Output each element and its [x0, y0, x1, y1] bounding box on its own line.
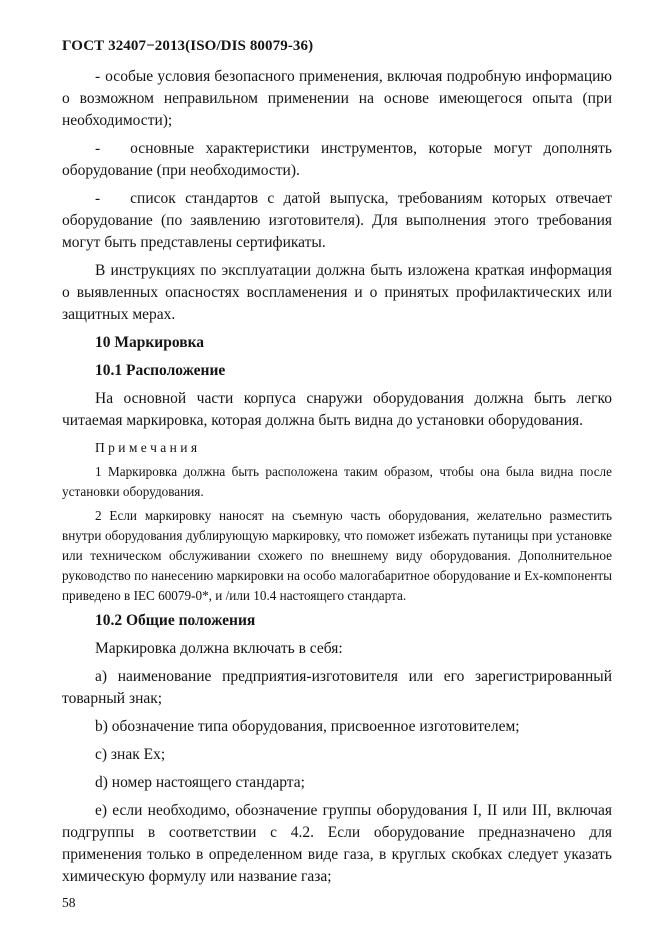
- paragraph-instructions: В инструкциях по эксплуатации должна быт…: [62, 260, 612, 326]
- heading-10: 10 Маркировка: [62, 332, 612, 354]
- notes-label: П р и м е ч а н и я: [62, 438, 612, 458]
- paragraph-10-1: На основной части корпуса снаружи оборуд…: [62, 388, 612, 432]
- list-item-text: список стандартов с датой выпуска, требо…: [62, 190, 612, 251]
- list-item-text: основные характеристики инструментов, ко…: [62, 140, 612, 179]
- dash-marker: -: [95, 140, 100, 157]
- dash-list-item: -список стандартов с датой выпуска, треб…: [62, 188, 612, 254]
- heading-10-2: 10.2 Общие положения: [62, 610, 612, 632]
- dash-list-item: -основные характеристики инструментов, к…: [62, 138, 612, 182]
- note-2: 2 Если маркировку наносят на съемную час…: [62, 506, 612, 606]
- dash-list-item: -особые условия безопасного применения, …: [62, 66, 612, 132]
- list-item-a: a) наименование предприятия-изготовителя…: [62, 666, 612, 710]
- note-1: 1 Маркировка должна быть расположена так…: [62, 462, 612, 502]
- page-number: 58: [62, 894, 612, 912]
- page-header: ГОСТ 32407−2013(ISO/DIS 80079-36): [62, 36, 612, 56]
- dash-marker: -: [95, 190, 100, 207]
- list-item-c: c) знак Ex;: [62, 744, 612, 766]
- list-item-e: e) если необходимо, обозначение группы о…: [62, 800, 612, 888]
- paragraph-10-2-intro: Маркировка должна включать в себя:: [62, 638, 612, 660]
- list-item-b: b) обозначение типа оборудования, присво…: [62, 716, 612, 738]
- list-item-d: d) номер настоящего стандарта;: [62, 772, 612, 794]
- dash-marker: -: [95, 68, 100, 85]
- heading-10-1: 10.1 Расположение: [62, 360, 612, 382]
- document-page: ГОСТ 32407−2013(ISO/DIS 80079-36) -особы…: [0, 0, 661, 935]
- list-item-text: особые условия безопасного применения, в…: [62, 68, 612, 129]
